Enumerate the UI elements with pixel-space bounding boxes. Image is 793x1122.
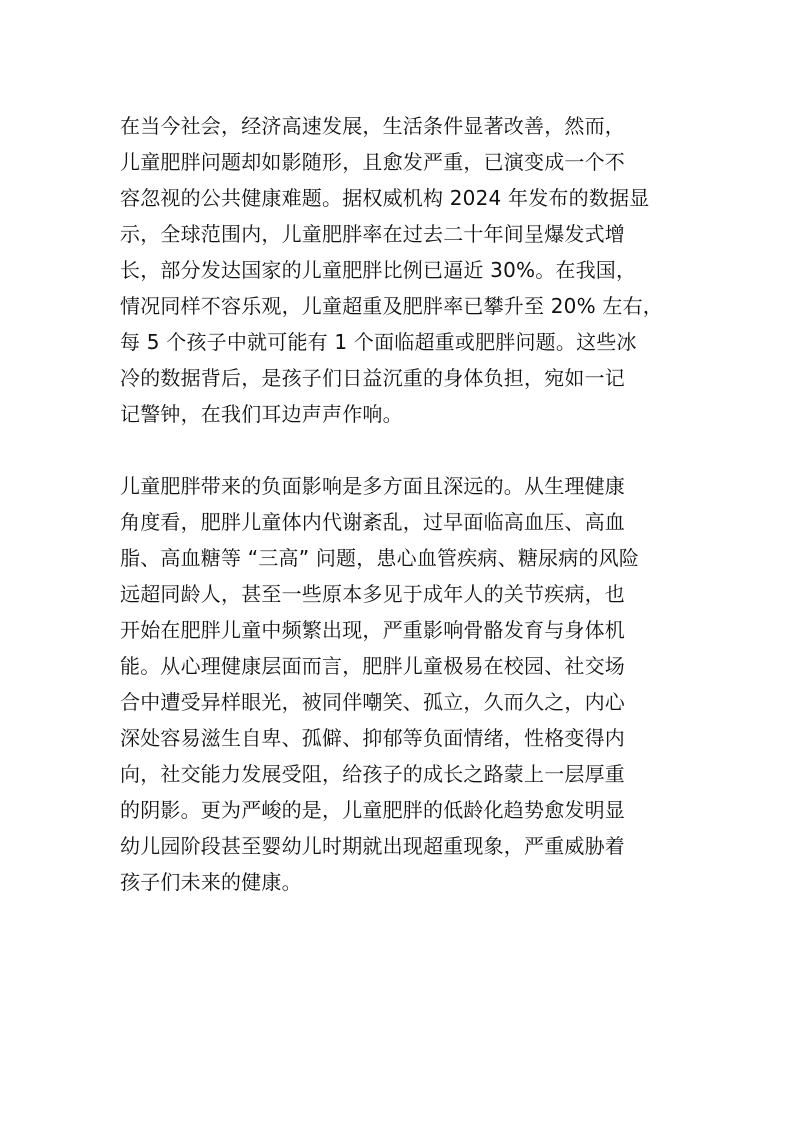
text-line: 开始在肥胖儿童中频繁出现，严重影响骨骼发育与身体机 [120,612,700,648]
text-line: 幼儿园阶段甚至婴幼儿时期就出现超重现象，严重威胁着 [120,828,700,864]
text-line: 孩子们未来的健康。 [120,864,700,900]
text-line: 合中遭受异样眼光，被同伴嘲笑、孤立，久而久之，内心 [120,684,700,720]
text-line: 在当今社会，经济高速发展，生活条件显著改善，然而， [120,108,700,144]
text-line: 每 5 个孩子中就可能有 1 个面临超重或肥胖问题。这些冰 [120,324,700,360]
text-line: 儿童肥胖带来的负面影响是多方面且深远的。从生理健康 [120,468,700,504]
text-line: 情况同样不容乐观，儿童超重及肥胖率已攀升至 20% 左右， [120,288,700,324]
text-line: 角度看，肥胖儿童体内代谢紊乱，过早面临高血压、高血 [120,504,700,540]
paragraph-1: 在当今社会，经济高速发展，生活条件显著改善，然而， 儿童肥胖问题却如影随形，且愈… [120,108,700,432]
text-line: 示，全球范围内，儿童肥胖率在过去二十年间呈爆发式增 [120,216,700,252]
text-line: 向，社交能力发展受阻，给孩子的成长之路蒙上一层厚重 [120,756,700,792]
text-line: 能。从心理健康层面而言，肥胖儿童极易在校园、社交场 [120,648,700,684]
text-line: 长，部分发达国家的儿童肥胖比例已逼近 30%。在我国， [120,252,700,288]
text-line: 记警钟，在我们耳边声声作响。 [120,396,700,432]
text-line: 儿童肥胖问题却如影随形，且愈发严重，已演变成一个不 [120,144,700,180]
paragraph-2: 儿童肥胖带来的负面影响是多方面且深远的。从生理健康 角度看，肥胖儿童体内代谢紊乱… [120,468,700,900]
text-line: 远超同龄人，甚至一些原本多见于成年人的关节疾病，也 [120,576,700,612]
text-line: 的阴影。更为严峻的是，儿童肥胖的低龄化趋势愈发明显 [120,792,700,828]
text-line: 脂、高血糖等 “三高” 问题，患心血管疾病、糖尿病的风险 [120,540,700,576]
document-page: 在当今社会，经济高速发展，生活条件显著改善，然而， 儿童肥胖问题却如影随形，且愈… [120,108,700,900]
text-line: 冷的数据背后，是孩子们日益沉重的身体负担，宛如一记 [120,360,700,396]
text-line: 深处容易滋生自卑、孤僻、抑郁等负面情绪，性格变得内 [120,720,700,756]
text-line: 容忽视的公共健康难题。据权威机构 2024 年发布的数据显 [120,180,700,216]
